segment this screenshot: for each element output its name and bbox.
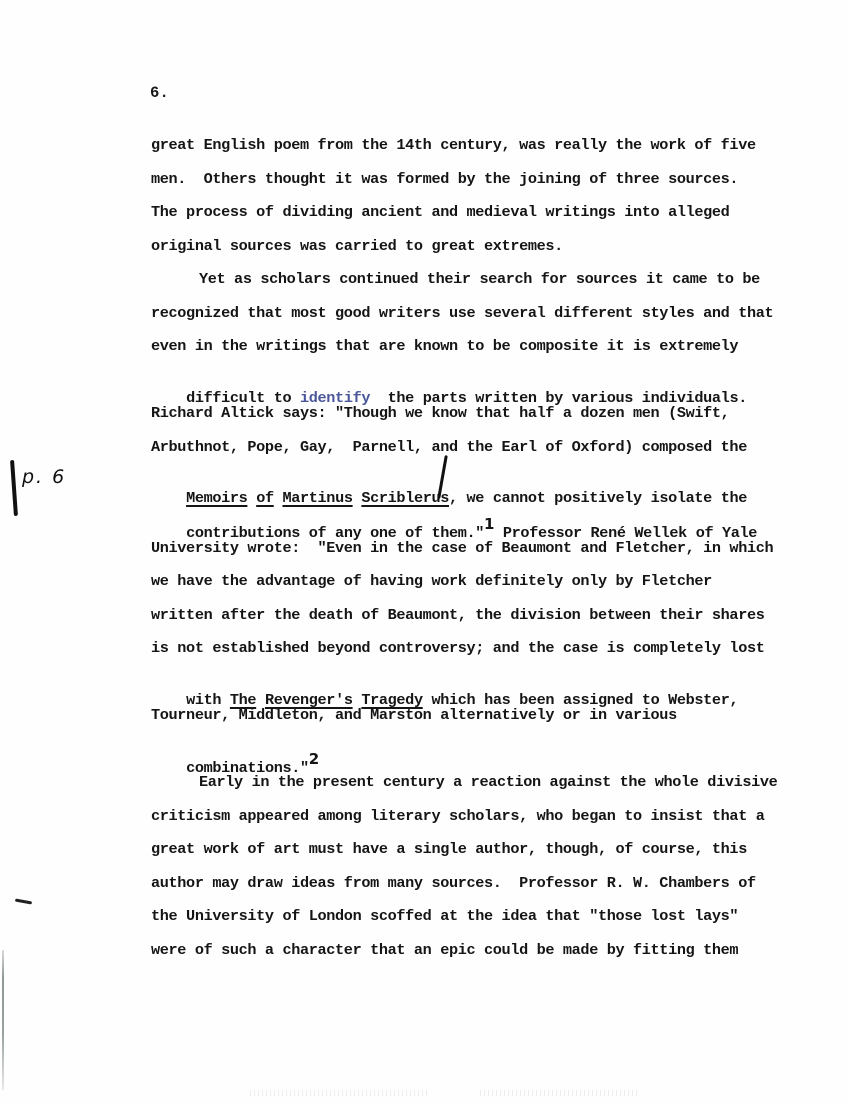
document-page: 6. great English poem from the 14th cent… <box>0 0 849 1102</box>
text-line: is not established beyond controversy; a… <box>151 639 764 657</box>
page-number: 6. <box>150 84 169 102</box>
text-line: author may draw ideas from many sources.… <box>151 874 756 892</box>
text-line: Arbuthnot, Pope, Gay, Parnell, and the E… <box>151 438 747 456</box>
text-line: men. Others thought it was formed by the… <box>151 170 738 188</box>
text-line: written after the death of Beaumont, the… <box>151 606 764 624</box>
scan-noise <box>480 1090 640 1096</box>
scan-edge-shadow <box>2 950 4 1090</box>
text-line: The process of dividing ancient and medi… <box>151 203 729 221</box>
footnote-marker-2: 2 <box>309 750 319 768</box>
text-line: Richard Altick says: "Though we know tha… <box>151 404 729 422</box>
text-line: recognized that most good writers use se… <box>151 304 773 322</box>
margin-note: p. 6 <box>22 466 66 488</box>
text-line: Tourneur, Middleton, and Marston alterna… <box>151 706 677 724</box>
text-line: Early in the present century a reaction … <box>199 773 777 791</box>
scan-noise <box>250 1090 430 1096</box>
margin-bracket-mark <box>10 460 18 516</box>
footnote-marker-1: 1 <box>484 515 494 533</box>
text-line: original sources was carried to great ex… <box>151 237 563 255</box>
text-line: University wrote: "Even in the case of B… <box>151 539 773 557</box>
text-line: criticism appeared among literary schola… <box>151 807 764 825</box>
text-line: we have the advantage of having work def… <box>151 572 712 590</box>
text-line: the University of London scoffed at the … <box>151 907 738 925</box>
text-line: great work of art must have a single aut… <box>151 840 747 858</box>
margin-dash-mark <box>15 899 32 905</box>
text-line: great English poem from the 14th century… <box>151 136 756 154</box>
text-line: were of such a character that an epic co… <box>151 941 738 959</box>
text-line: Yet as scholars continued their search f… <box>199 270 760 288</box>
text-line: even in the writings that are known to b… <box>151 337 738 355</box>
